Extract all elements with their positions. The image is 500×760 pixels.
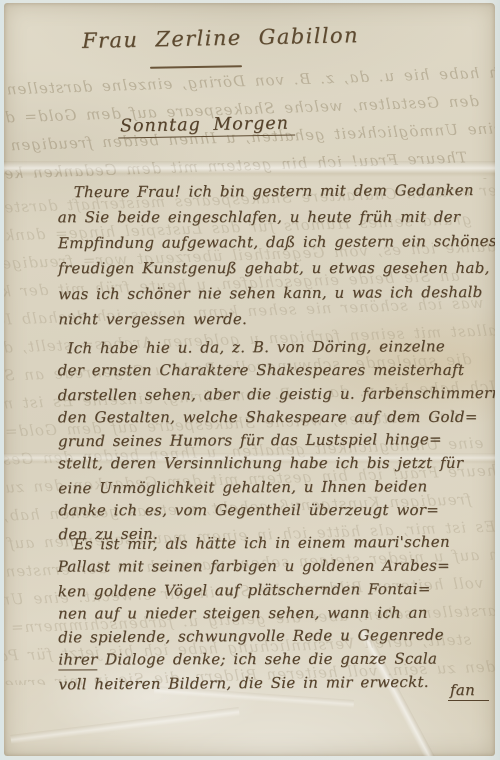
line-remainder: Dialoge denke; ich sehe die ganze Scala [97, 650, 437, 669]
catchword: fan [448, 681, 489, 699]
handwritten-line: danke ich es, vom Gegentheil überzeugt w… [58, 499, 495, 523]
handwritten-line: nicht vergessen werde. [58, 307, 495, 333]
fold-crease-diagonal [10, 707, 239, 744]
handwritten-line: stellt, deren Versinnlichung habe ich bi… [58, 452, 495, 476]
paragraph-3-top-lines: Es ist mir, als hätte ich in einem mauri… [57, 531, 450, 650]
handwritten-line: nen auf u nieder steigen sehen, wann ich… [58, 601, 450, 625]
handwritten-line: den Gestalten, welche Shakespeare auf de… [58, 406, 495, 430]
handwritten-line: freudigen Kunstgenuß gehabt, u etwas ges… [58, 256, 495, 282]
handwritten-line: was ich schöner nie sehen kann, u was ic… [58, 280, 495, 308]
catchword-text: fan [448, 681, 489, 701]
handwritten-line: ken goldene Vögel auf plätschernden Font… [58, 577, 451, 603]
fold-crease-horizontal [4, 161, 495, 177]
handwritten-line: voll heiteren Bildern, die Sie in mir er… [58, 670, 451, 696]
photo-background: Ich habe hie u. da, z. B. von Döring, ei… [0, 0, 500, 760]
handwritten-line: eine Unmöglichkeit gehalten, u Ihnen bei… [58, 475, 495, 501]
handwritten-line: grund seines Humors für das Lustspiel hi… [58, 428, 495, 454]
handwritten-line: Es ist mir, als hätte ich in einem mauri… [73, 531, 450, 557]
letter-paper: Ich habe hie u. da, z. B. von Döring, ei… [4, 3, 495, 756]
handwritten-line: Empfindung aufgewacht, daß ich gestern e… [58, 229, 495, 257]
dateline-text: Sonntag Morgen [118, 113, 295, 138]
handwritten-line: Theure Frau! ich bin gestern mit dem Ged… [74, 178, 495, 206]
handwritten-line: die spielende, schwungvolle Rede u Gegen… [58, 624, 451, 650]
dateline: Sonntag Morgen [118, 113, 295, 136]
handwritten-line: ihrer Dialoge denke; ich sehe die ganze … [58, 648, 450, 672]
underlined-word: ihrer [58, 651, 97, 671]
paragraph-2: Ich habe hie u. da, z. B. von Döring, ei… [57, 335, 495, 547]
handwritten-line: Ich habe hie u. da, z. B. von Döring, ei… [67, 335, 495, 361]
recipient-line: Frau Zerline Gabillon [82, 23, 359, 53]
handwritten-line: darstellen sehen, aber die geistig u. fa… [58, 381, 495, 407]
handwritten-line: der ernsten Charaktere Shakespeares meis… [58, 359, 495, 383]
recipient-underline [150, 65, 242, 69]
handwritten-line: Pallast mit seinen farbigen u goldenen A… [58, 555, 450, 579]
handwritten-line: an Sie beide eingeschlafen, u heute früh… [58, 204, 495, 230]
paragraph-3: Es ist mir, als hätte ich in einem mauri… [57, 531, 451, 697]
paragraph-1: Theure Frau! ich bin gestern mit dem Ged… [58, 178, 495, 334]
